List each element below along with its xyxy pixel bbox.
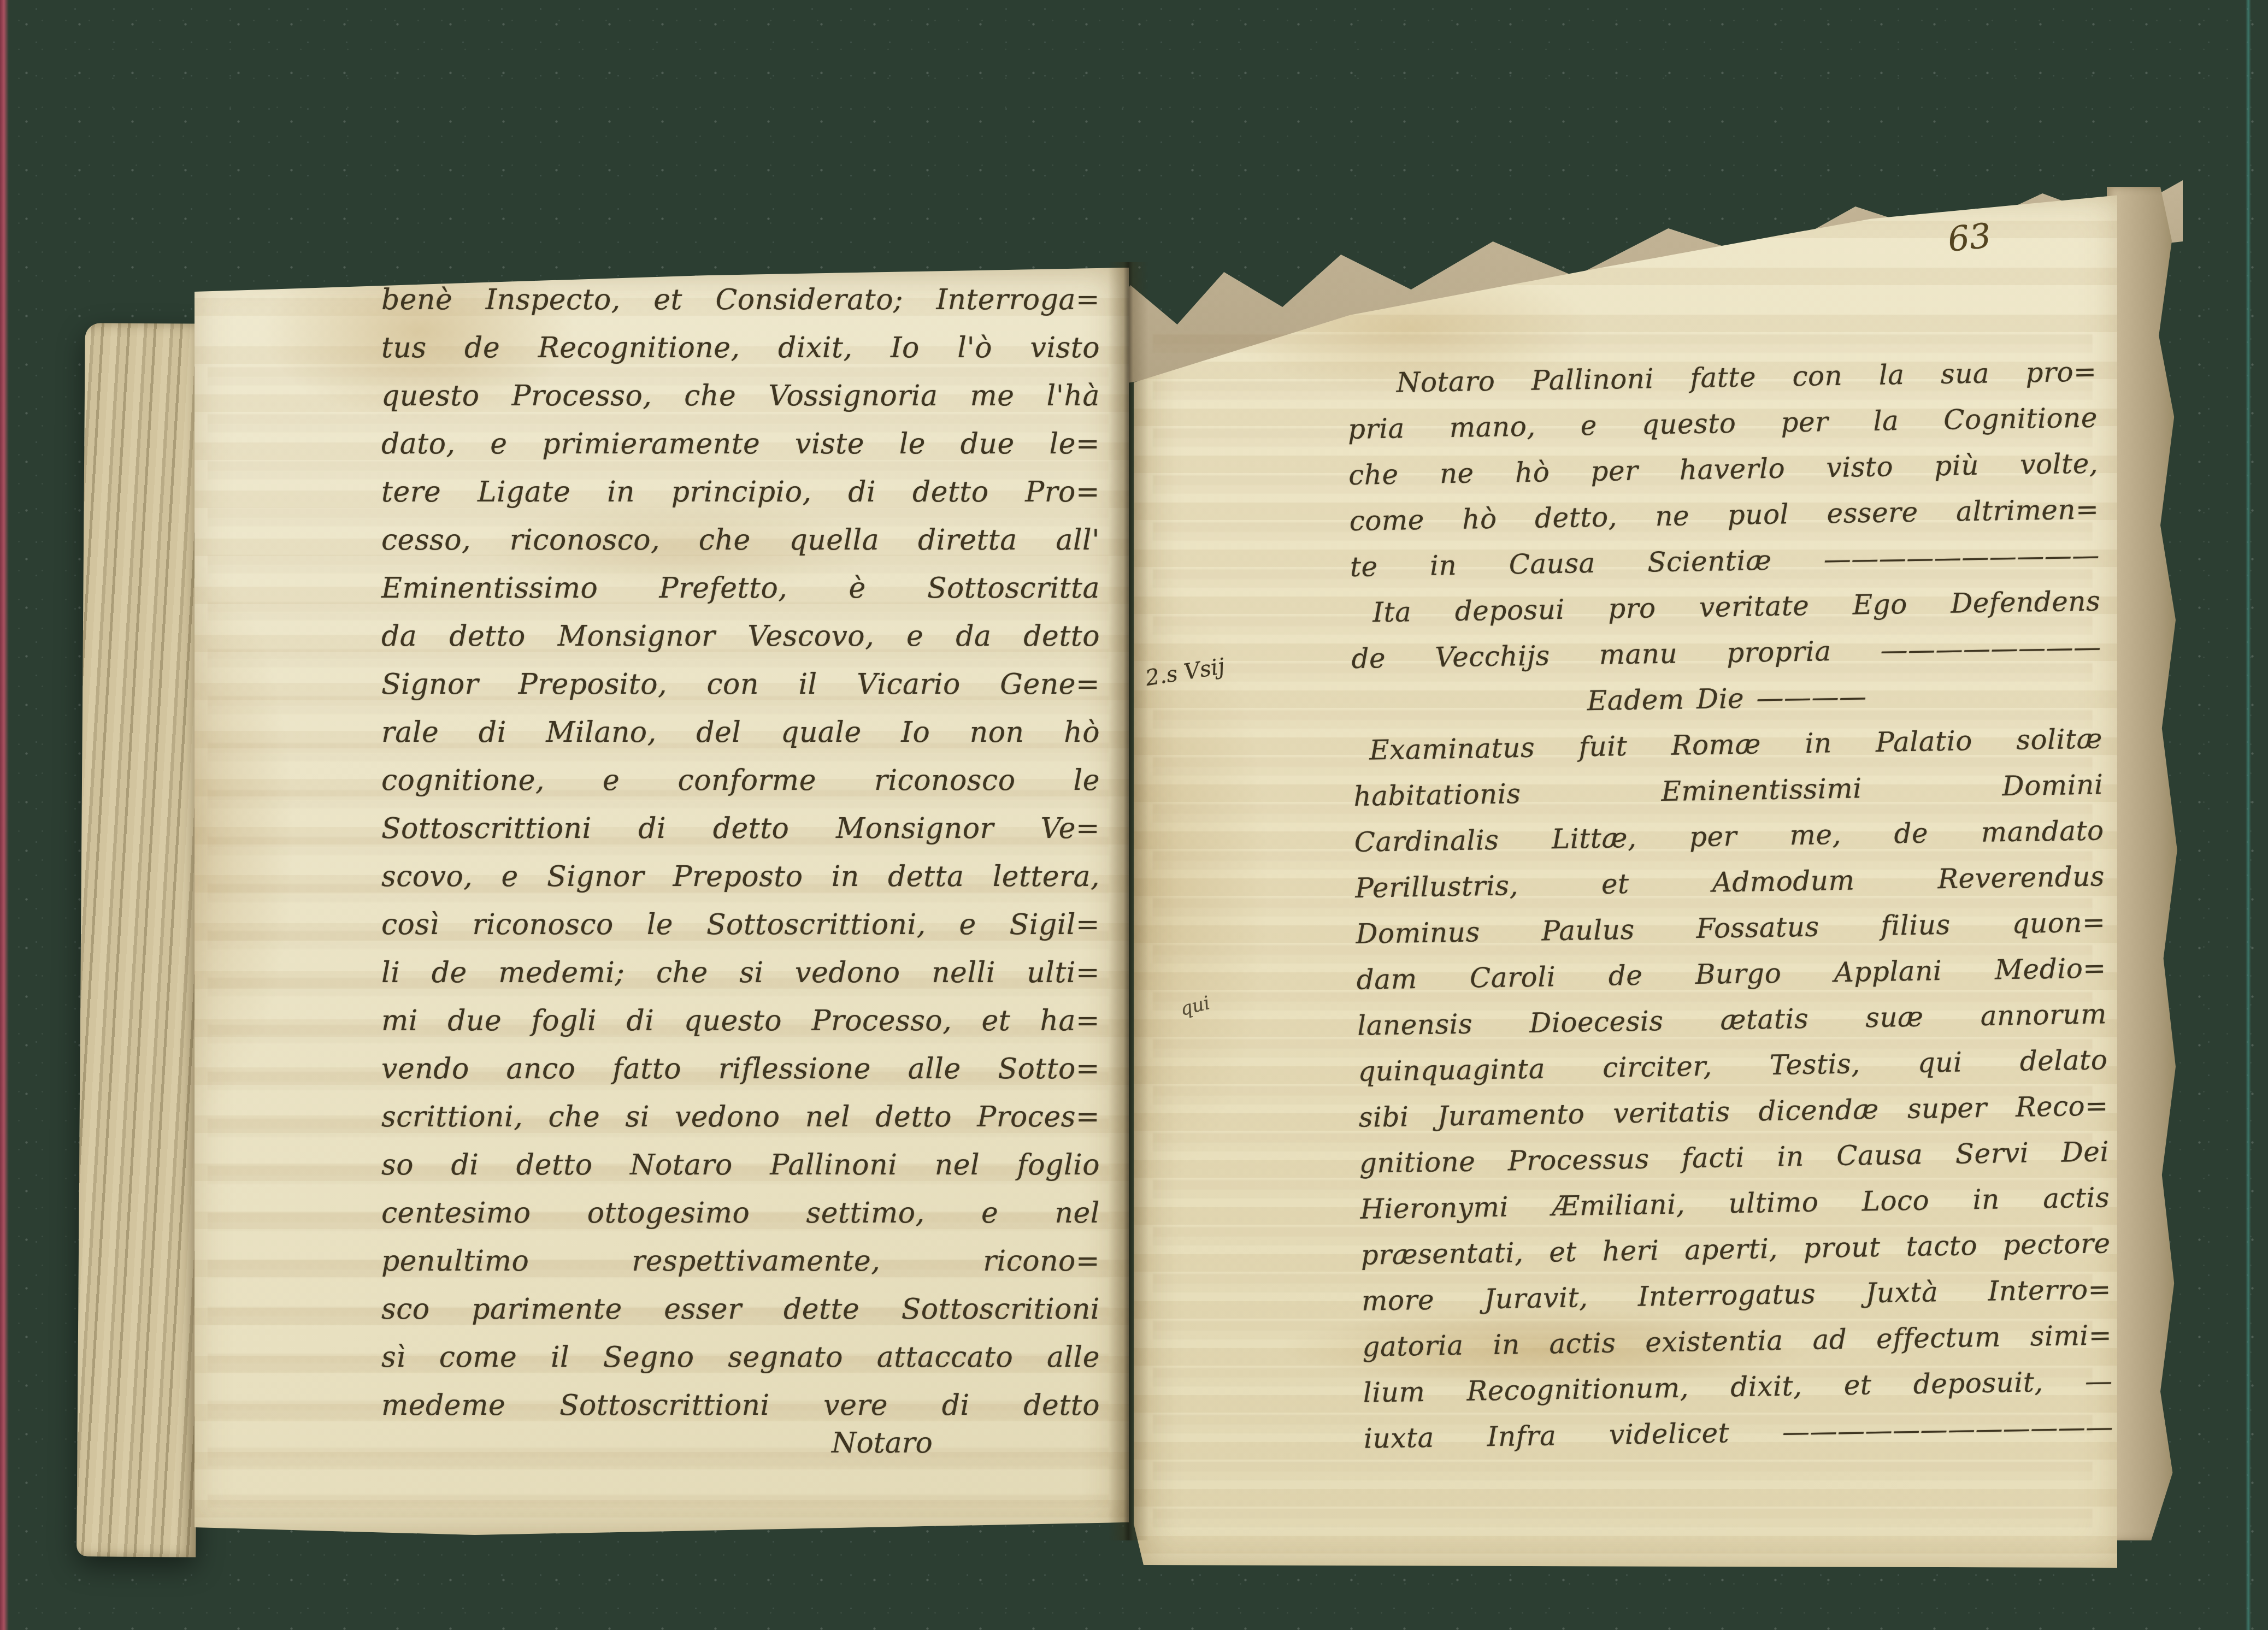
manuscript-line: centesimo ottogesimo settimo, e nel bbox=[381, 1189, 1100, 1237]
manuscript-line: sì come il Segno segnato attaccato alle bbox=[381, 1333, 1100, 1381]
scanned-manuscript-photo: benè Inspecto, et Considerato; Interroga… bbox=[0, 0, 2268, 1630]
left-page-text: benè Inspecto, et Considerato; Interroga… bbox=[381, 276, 1100, 1430]
manuscript-line: sco parimente esser dette Sottoscritioni bbox=[381, 1285, 1100, 1333]
manuscript-line: scrittioni, che si vedono nel detto Proc… bbox=[381, 1093, 1100, 1141]
manuscript-line: scovo, e Signor Preposto in detta letter… bbox=[381, 853, 1100, 901]
manuscript-line: so di detto Notaro Pallinoni nel foglio bbox=[381, 1141, 1100, 1189]
manuscript-line: rale di Milano, del quale Io non hò bbox=[381, 708, 1100, 757]
manuscript-line: mi due fogli di questo Processo, et ha= bbox=[381, 997, 1100, 1045]
book-gutter bbox=[1108, 262, 1148, 1540]
manuscript-line: Signor Preposito, con il Vicario Gene= bbox=[381, 660, 1100, 708]
manuscript-book: benè Inspecto, et Considerato; Interroga… bbox=[0, 0, 2268, 1630]
manuscript-line: tus de Recognitione, dixit, Io l'ò visto bbox=[381, 324, 1100, 372]
catchword: Notaro bbox=[832, 1427, 933, 1460]
manuscript-line: così riconosco le Sottoscrittioni, e Sig… bbox=[381, 901, 1100, 949]
parchment-cover-right-edge bbox=[2107, 187, 2183, 1540]
manuscript-line: Sottoscrittioni di detto Monsignor Ve= bbox=[381, 805, 1100, 853]
manuscript-line: li de medemi; che si vedono nelli ulti= bbox=[381, 949, 1100, 997]
manuscript-line: vendo anco fatto riflessione alle Sotto= bbox=[381, 1045, 1100, 1093]
right-page-text: Notaro Pallinoni fatte con la sua pro=pr… bbox=[1347, 349, 2113, 1461]
manuscript-line: benè Inspecto, et Considerato; Interroga… bbox=[381, 276, 1100, 324]
manuscript-line: questo Processo, che Vossignoria me l'hà bbox=[381, 372, 1100, 420]
stacked-page-edges bbox=[76, 323, 204, 1557]
manuscript-line: cognitione, e conforme riconosco le bbox=[381, 757, 1100, 805]
manuscript-line: medeme Sottoscrittioni vere di detto bbox=[381, 1381, 1100, 1430]
manuscript-line: Eminentissimo Prefetto, è Sottoscritta bbox=[381, 564, 1100, 612]
manuscript-line: penultimo respettivamente, ricono= bbox=[381, 1237, 1100, 1285]
manuscript-line: cesso, riconosco, che quella diretta all… bbox=[381, 516, 1100, 564]
manuscript-line: da detto Monsignor Vescovo, e da detto bbox=[381, 612, 1100, 660]
page-number: 63 bbox=[1946, 215, 1993, 259]
manuscript-line: dato, e primieramente viste le due le= bbox=[381, 420, 1100, 468]
manuscript-line: tere Ligate in principio, di detto Pro= bbox=[381, 468, 1100, 516]
